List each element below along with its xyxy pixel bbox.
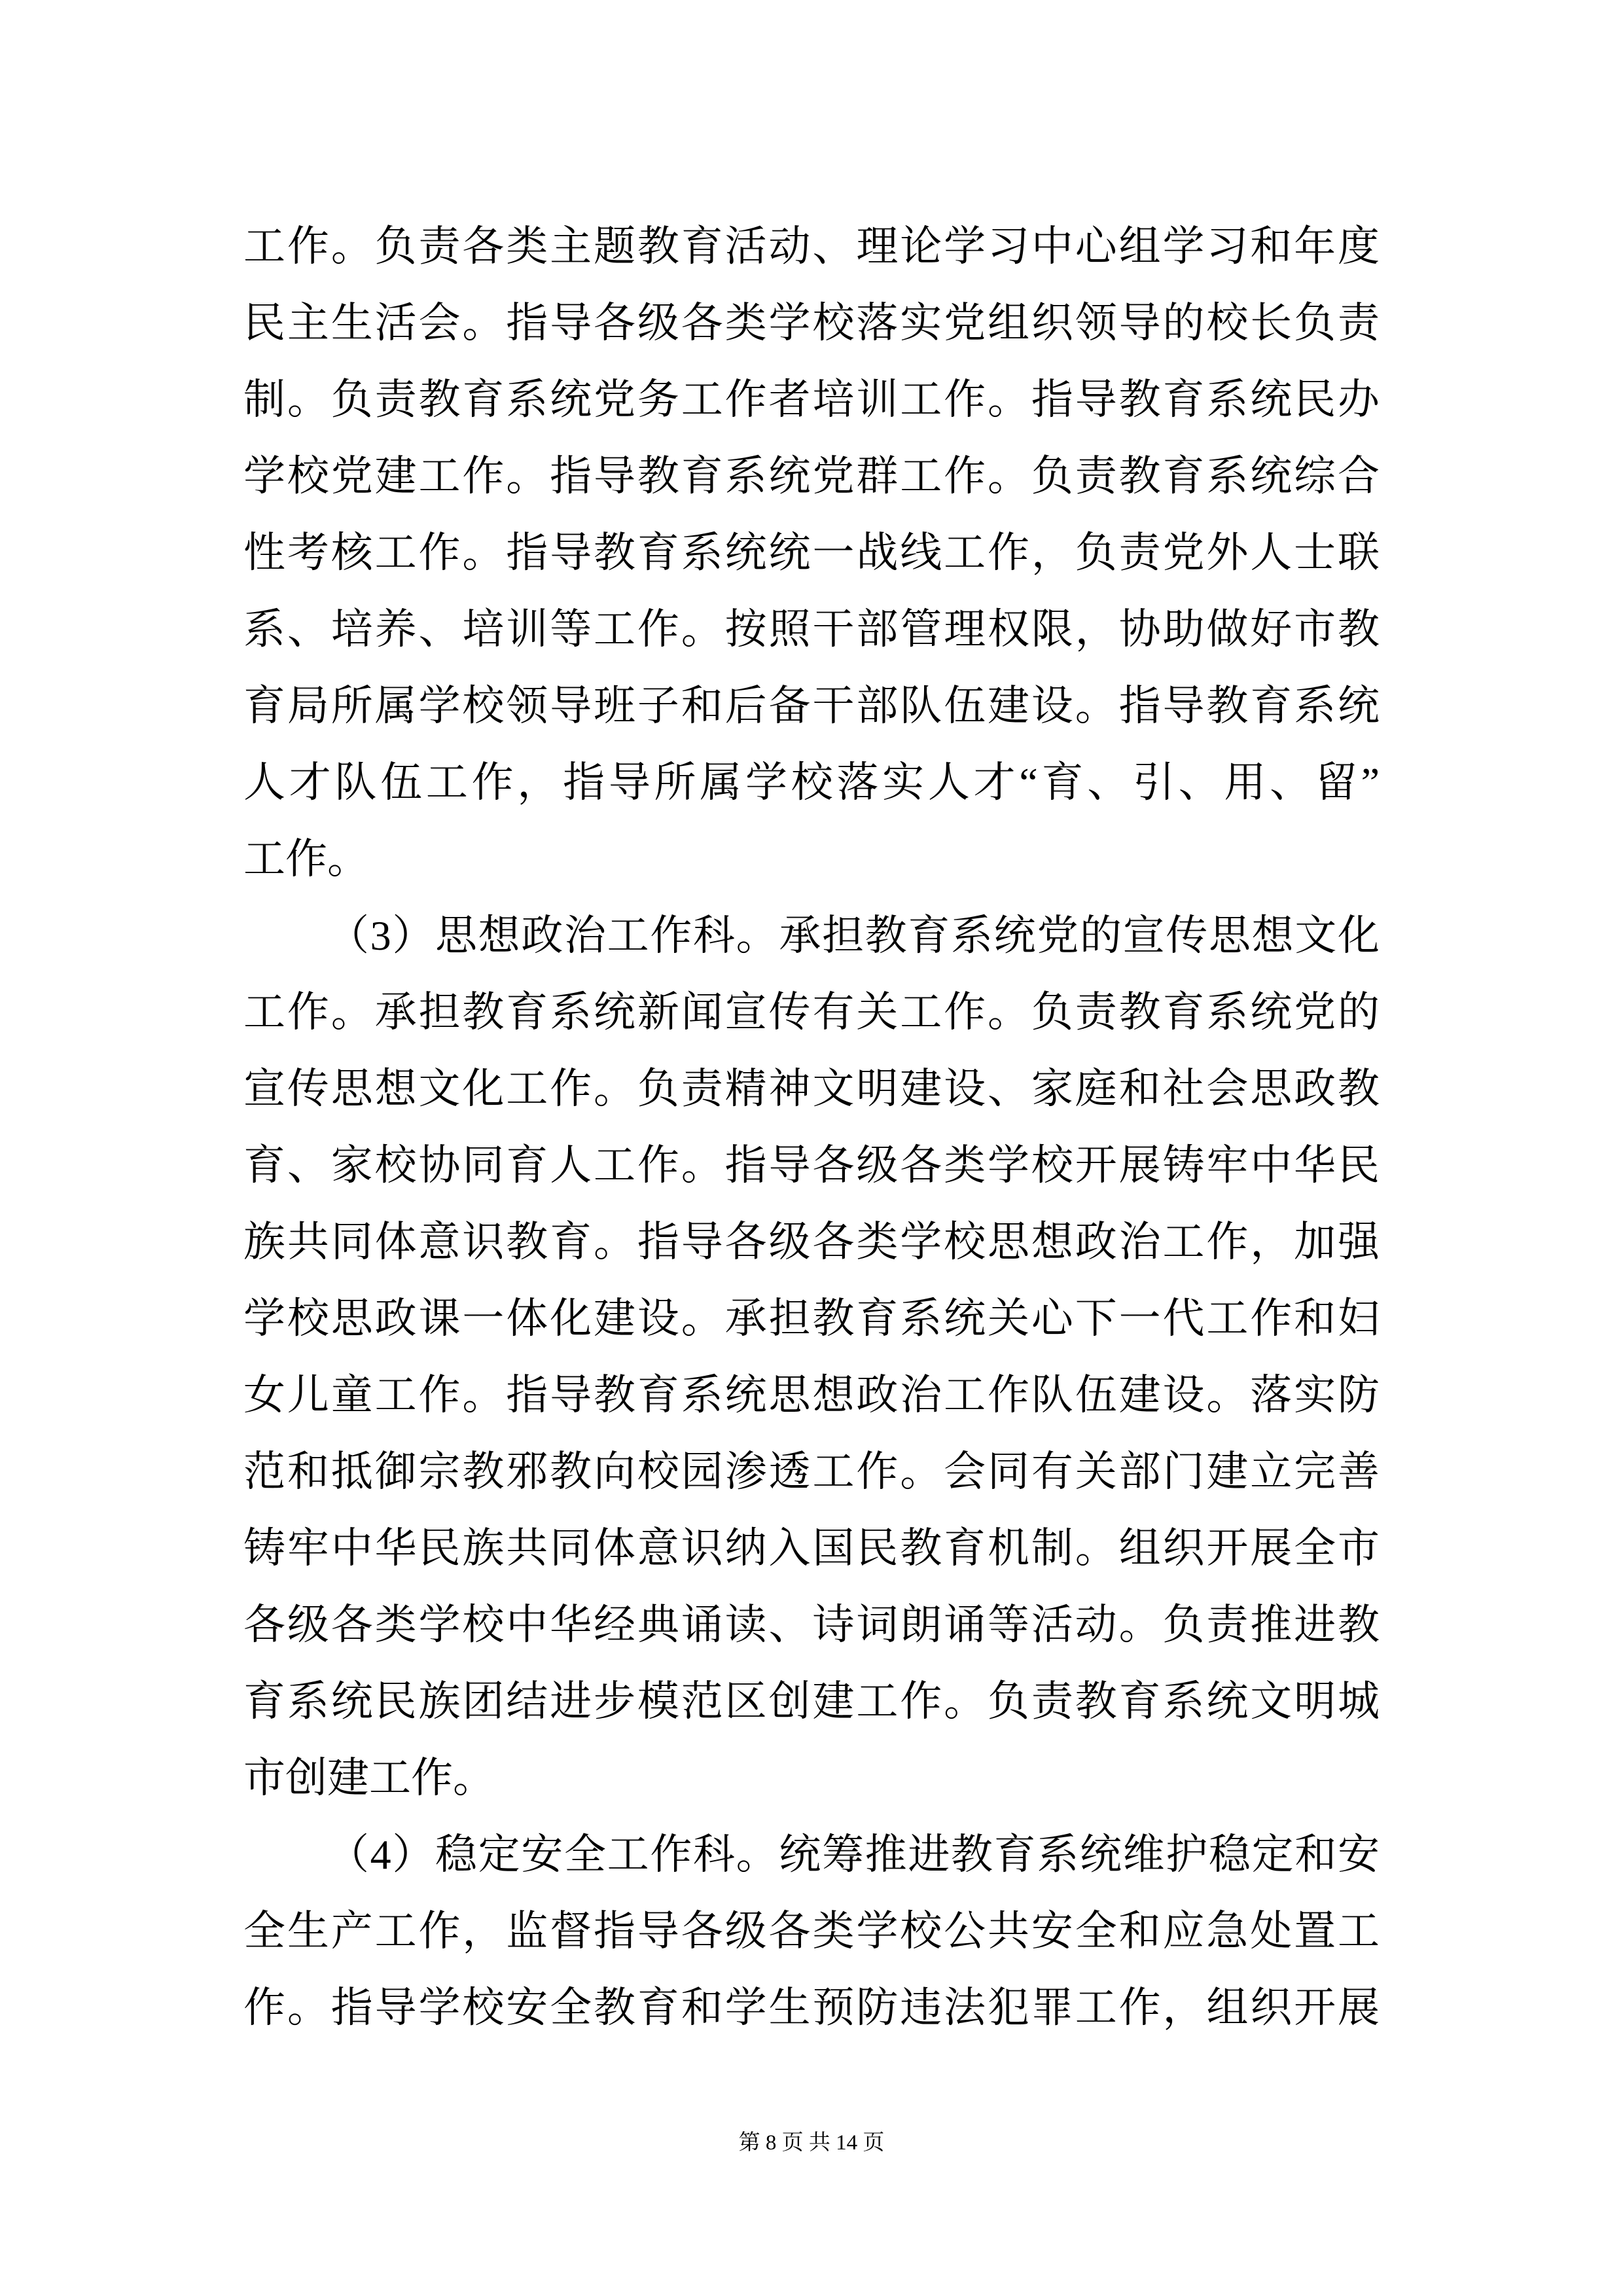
- text-line-section-3-start: （3）思想政治工作科。承担教育系统党的宣传思想文化: [243, 897, 1380, 974]
- text-line: 学校思政课一体化建设。承担教育系统关心下一代工作和妇: [243, 1280, 1380, 1357]
- text-line: 系、培养、培训等工作。按照干部管理权限，协助做好市教: [243, 591, 1380, 668]
- document-page: 工作。负责各类主题教育活动、理论学习中心组学习和年度 民主生活会。指导各级各类学…: [0, 0, 1623, 2296]
- text-line: 育局所属学校领导班子和后备干部队伍建设。指导教育系统: [243, 668, 1380, 744]
- text-line: 宣传思想文化工作。负责精神文明建设、家庭和社会思政教: [243, 1050, 1380, 1127]
- text-line: 性考核工作。指导教育系统统一战线工作，负责党外人士联: [243, 514, 1380, 591]
- text-line: 全生产工作，监督指导各级各类学校公共安全和应急处置工: [243, 1893, 1380, 1969]
- text-line: 人才队伍工作，指导所属学校落实人才“育、引、用、留”: [243, 744, 1380, 821]
- page-footer: 第 8 页 共 14 页: [0, 2128, 1623, 2157]
- text-line-section-4-start: （4）稳定安全工作科。统筹推进教育系统维护稳定和安: [243, 1816, 1380, 1893]
- document-body: 工作。负责各类主题教育活动、理论学习中心组学习和年度 民主生活会。指导各级各类学…: [243, 208, 1380, 2046]
- text-line: 工作。承担教育系统新闻宣传有关工作。负责教育系统党的: [243, 974, 1380, 1050]
- text-line: 育、家校协同育人工作。指导各级各类学校开展铸牢中华民: [243, 1127, 1380, 1204]
- text-line: 民主生活会。指导各级各类学校落实党组织领导的校长负责: [243, 285, 1380, 361]
- text-line: 育系统民族团结进步模范区创建工作。负责教育系统文明城: [243, 1663, 1380, 1740]
- text-line: 工作。: [243, 821, 1380, 897]
- text-line: 学校党建工作。指导教育系统党群工作。负责教育系统综合: [243, 438, 1380, 514]
- text-line: 铸牢中华民族共同体意识纳入国民教育机制。组织开展全市: [243, 1510, 1380, 1587]
- text-line: 范和抵御宗教邪教向校园渗透工作。会同有关部门建立完善: [243, 1433, 1380, 1510]
- text-line: 女儿童工作。指导教育系统思想政治工作队伍建设。落实防: [243, 1357, 1380, 1433]
- text-line: 族共同体意识教育。指导各级各类学校思想政治工作，加强: [243, 1204, 1380, 1280]
- text-line: 制。负责教育系统党务工作者培训工作。指导教育系统民办: [243, 361, 1380, 438]
- text-line: 工作。负责各类主题教育活动、理论学习中心组学习和年度: [243, 208, 1380, 285]
- text-line: 各级各类学校中华经典诵读、诗词朗诵等活动。负责推进教: [243, 1587, 1380, 1663]
- text-line: 市创建工作。: [243, 1740, 1380, 1816]
- text-line: 作。指导学校安全教育和学生预防违法犯罪工作，组织开展: [243, 1969, 1380, 2046]
